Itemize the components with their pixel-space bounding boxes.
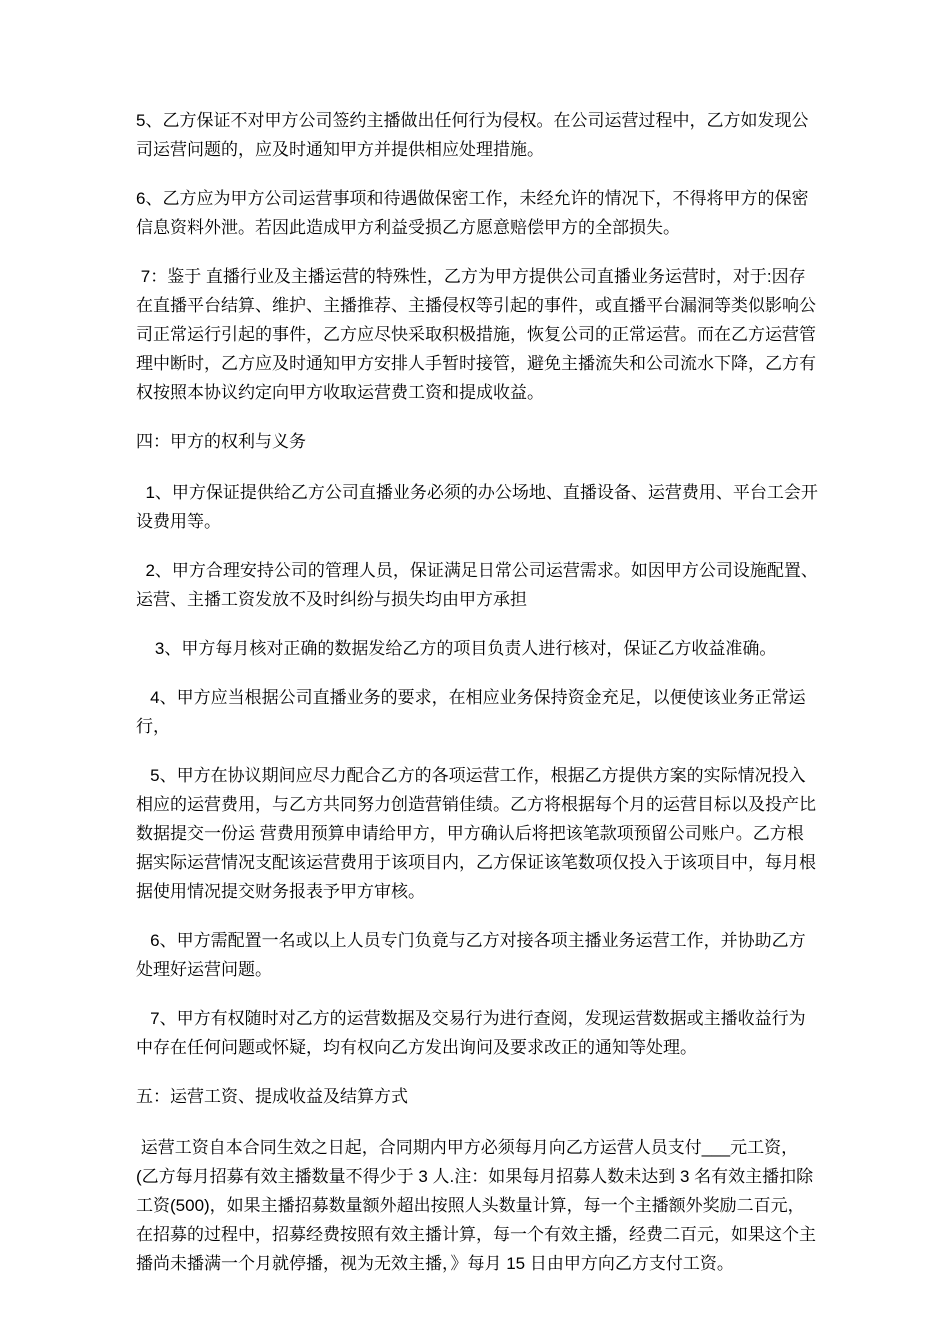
section-heading: 五：运营工资、提成收益及结算方式 (136, 1082, 820, 1111)
contract-paragraph: 6、乙方应为甲方公司运营事项和待遇做保密工作，未经允许的情况下，不得将甲方的保密… (136, 184, 820, 242)
contract-paragraph: 7：鉴于 直播行业及主播运营的特殊性，乙方为甲方提供公司直播业务运营时，对于:因… (136, 262, 820, 407)
contract-paragraph: 1、甲方保证提供给乙方公司直播业务必须的办公场地、直播设备、运营费用、平台工会开… (136, 478, 820, 536)
section-heading: 四：甲方的权利与义务 (136, 427, 820, 456)
document-page: 5、乙方保证不对甲方公司签约主播做出任何行为侵权。在公司运营过程中，乙方如发现公… (0, 0, 950, 1344)
contract-paragraph: 7、甲方有权随时对乙方的运营数据及交易行为进行查阅，发现运营数据或主播收益行为中… (136, 1004, 820, 1062)
contract-paragraph: 5、乙方保证不对甲方公司签约主播做出任何行为侵权。在公司运营过程中，乙方如发现公… (136, 106, 820, 164)
contract-paragraph: 5、甲方在协议期间应尽力配合乙方的各项运营工作，根据乙方提供方案的实际情况投入相… (136, 761, 820, 906)
contract-paragraph: 2、甲方合理安持公司的管理人员，保证满足日常公司运营需求。如因甲方公司设施配置、… (136, 556, 820, 614)
contract-paragraph: 6、甲方需配置一名或以上人员专门负竟与乙方对接各项主播业务运营工作，并协助乙方处… (136, 926, 820, 984)
contract-paragraph: 运营工资自本合同生效之日起，合同期内甲方必须每月向乙方运营人员支付___元工资，… (136, 1133, 820, 1278)
contract-paragraph: 4、甲方应当根据公司直播业务的要求，在相应业务保持资金充足，以便使该业务正常运行… (136, 683, 820, 741)
contract-body: 5、乙方保证不对甲方公司签约主播做出任何行为侵权。在公司运营过程中，乙方如发现公… (136, 106, 820, 1298)
contract-paragraph: 3、甲方每月核对正确的数据发给乙方的项目负责人进行核对，保证乙方收益准确。 (136, 634, 820, 663)
